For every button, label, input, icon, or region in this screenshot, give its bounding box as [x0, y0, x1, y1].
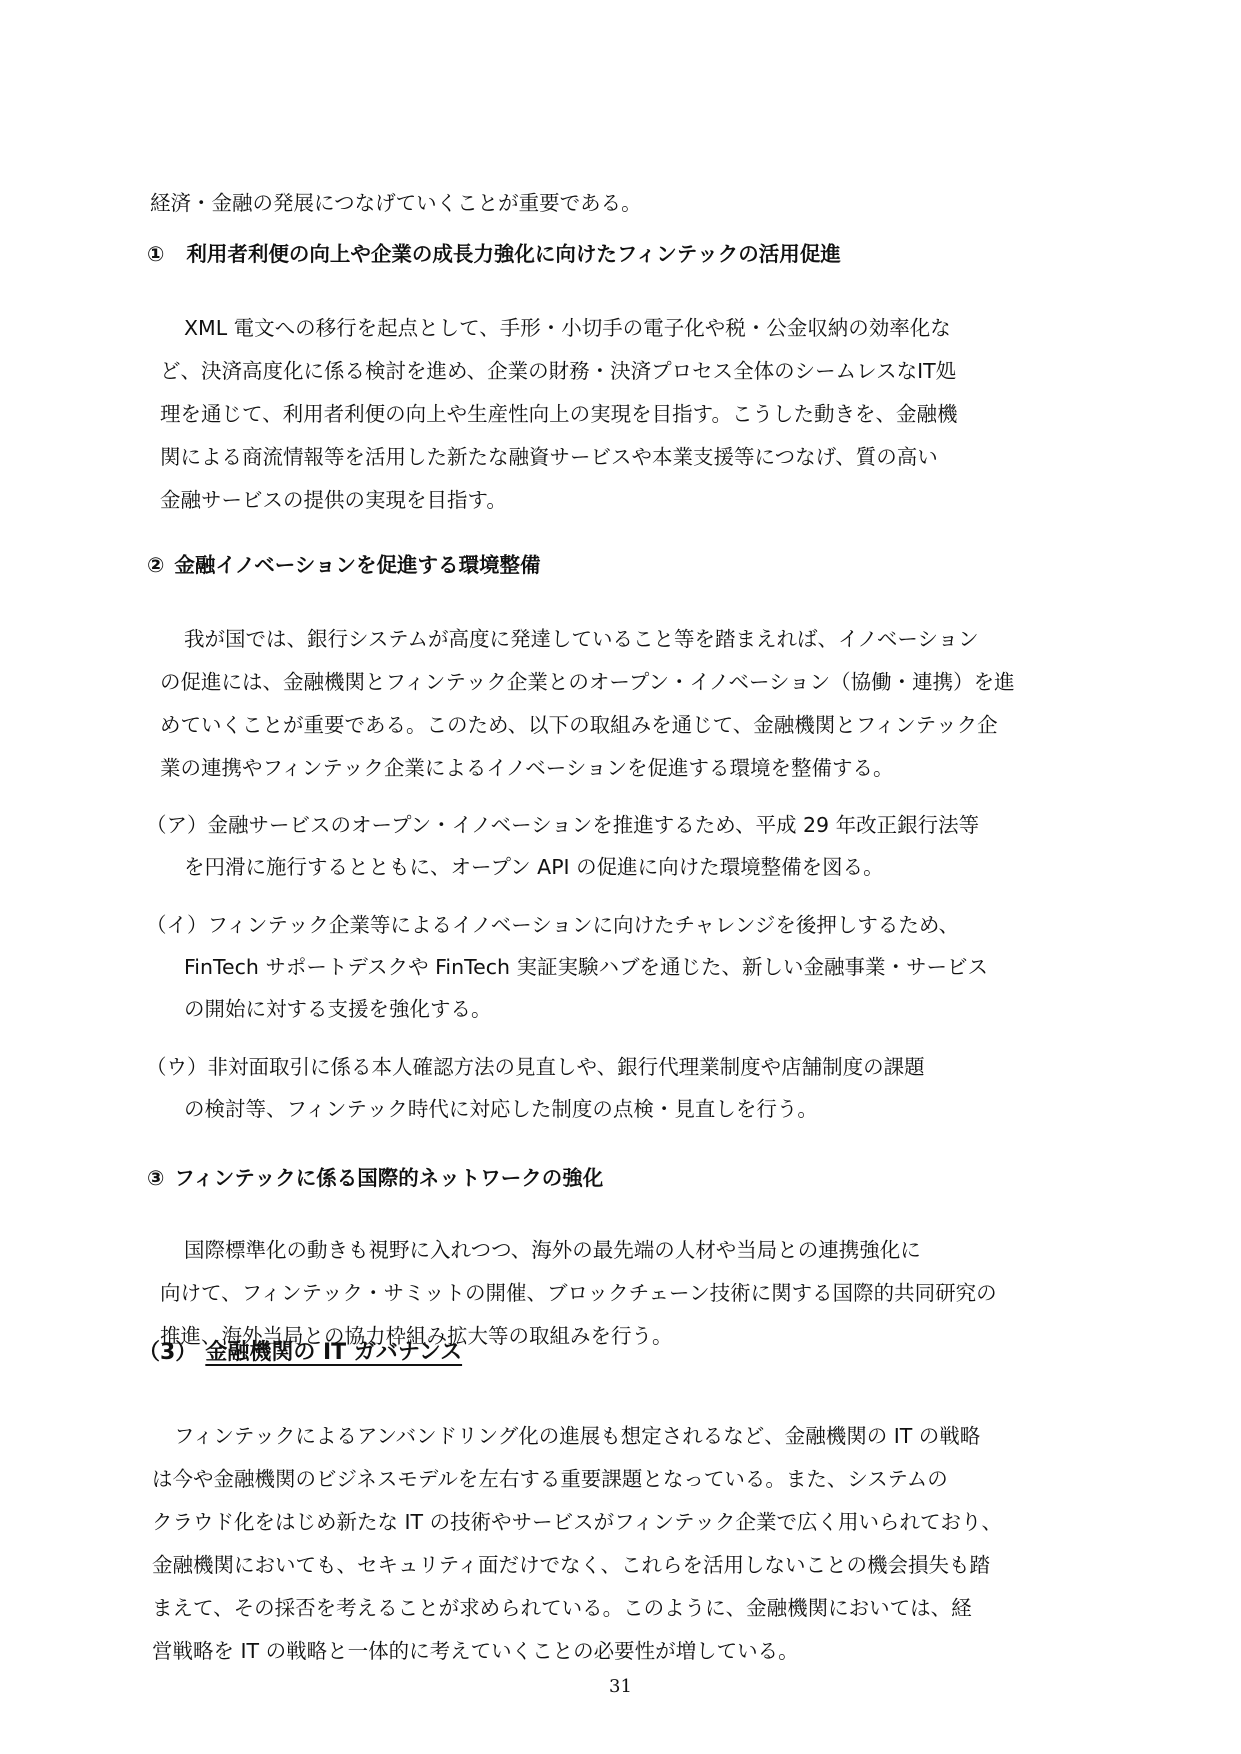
list-item-first-line: （ウ）非対面取引に係る本人確認方法の見直しや、銀行代理業制度や店舗制度の課題: [146, 1053, 925, 1081]
list-item-first-line: （ア）金融サービスのオープン・イノベーションを推進するため、平成 29 年改正銀…: [146, 811, 979, 839]
paragraph-line: フィンテックによるアンバンドリング化の進展も想定されるなど、金融機関の IT の…: [174, 1422, 980, 1450]
paragraph-line: 金融サービスの提供の実現を目指す。: [160, 486, 507, 514]
paragraph-line: の促進には、金融機関とフィンテック企業とのオープン・イノベーション（協働・連携）…: [160, 668, 1015, 696]
subsection-2-marker: ②: [147, 553, 164, 577]
list-item-text: フィンテック企業等によるイノベーションに向けたチャレンジを後押しするため、: [208, 913, 960, 937]
document-page: 経済・金融の発展につなげていくことが重要である。 ①利用者利便の向上や企業の成長…: [0, 0, 1241, 1754]
list-item-line: FinTech サポートデスクや FinTech 実証実験ハブを通じた、新しい金…: [184, 953, 988, 981]
subsection-3-marker: ③: [147, 1166, 164, 1190]
subsection-1-title: 利用者利便の向上や企業の成長力強化に向けたフィンテックの活用促進: [186, 242, 840, 266]
paragraph-line: ど、決済高度化に係る検討を進め、企業の財務・決済プロセス全体のシームレスなIT処: [160, 357, 956, 385]
paragraph-line: 関による商流情報等を活用した新たな融資サービスや本業支援等につなげ、質の高い: [160, 443, 938, 471]
page-number: 31: [0, 1676, 1241, 1697]
list-item-line: を円滑に施行するとともに、オープン API の促進に向けた環境整備を図る。: [184, 853, 884, 881]
section-3-marker: （3）: [138, 1340, 197, 1365]
list-item-first-line: （イ）フィンテック企業等によるイノベーションに向けたチャレンジを後押しするため、: [146, 911, 959, 939]
subsection-1-marker: ①: [147, 242, 164, 266]
list-item-line: の検討等、フィンテック時代に対応した制度の点検・見直しを行う。: [184, 1095, 818, 1123]
subsection-3-title: フィンテックに係る国際的ネットワークの強化: [174, 1166, 603, 1190]
list-item-marker: （イ）: [146, 913, 208, 937]
intro-line: 経済・金融の発展につなげていくことが重要である。: [150, 189, 642, 217]
paragraph-line: 国際標準化の動きも視野に入れつつ、海外の最先端の人材や当局との連携強化に: [184, 1236, 921, 1264]
paragraph-line: 営戦略を IT の戦略と一体的に考えていくことの必要性が増している。: [152, 1637, 799, 1665]
section-3-heading: （3）金融機関の IT ガバナンス: [138, 1339, 462, 1367]
subsection-2-heading: ②金融イノベーションを促進する環境整備: [147, 551, 541, 579]
paragraph-line: 業の連携やフィンテック企業によるイノベーションを促進する環境を整備する。: [160, 754, 894, 782]
paragraph-line: 我が国では、銀行システムが高度に発達していること等を踏まえれば、イノベーション: [184, 625, 979, 653]
paragraph-line: は今や金融機関のビジネスモデルを左右する重要課題となっている。また、システムの: [152, 1465, 948, 1493]
paragraph-line: 金融機関においても、セキュリティ面だけでなく、これらを活用しないことの機会損失も…: [152, 1551, 990, 1579]
subsection-1-heading: ①利用者利便の向上や企業の成長力強化に向けたフィンテックの活用促進: [147, 240, 841, 268]
list-item-text: 非対面取引に係る本人確認方法の見直しや、銀行代理業制度や店舗制度の課題: [208, 1055, 925, 1079]
list-item-text: 金融サービスのオープン・イノベーションを推進するため、平成 29 年改正銀行法等: [208, 813, 980, 837]
list-item-marker: （ウ）: [146, 1055, 208, 1079]
section-3-title: 金融機関の IT ガバナンス: [205, 1340, 462, 1365]
paragraph-line: XML 電文への移行を起点として、手形・小切手の電子化や税・公金収納の効率化な: [184, 314, 951, 342]
paragraph-line: 向けて、フィンテック・サミットの開催、ブロックチェーン技術に関する国際的共同研究…: [160, 1279, 997, 1307]
paragraph-line: めていくことが重要である。このため、以下の取組みを通じて、金融機関とフィンテック…: [160, 711, 998, 739]
paragraph-line: 理を通じて、利用者利便の向上や生産性向上の実現を目指す。こうした動きを、金融機: [160, 400, 957, 428]
list-item-marker: （ア）: [146, 813, 208, 837]
list-item-line: の開始に対する支援を強化する。: [184, 995, 492, 1023]
paragraph-line: クラウド化をはじめ新たな IT の技術やサービスがフィンテック企業で広く用いられ…: [152, 1508, 1002, 1536]
subsection-2-title: 金融イノベーションを促進する環境整備: [174, 553, 540, 577]
paragraph-line: まえて、その採否を考えることが求められている。このように、金融機関においては、経: [152, 1594, 972, 1622]
subsection-3-heading: ③フィンテックに係る国際的ネットワークの強化: [147, 1164, 603, 1192]
